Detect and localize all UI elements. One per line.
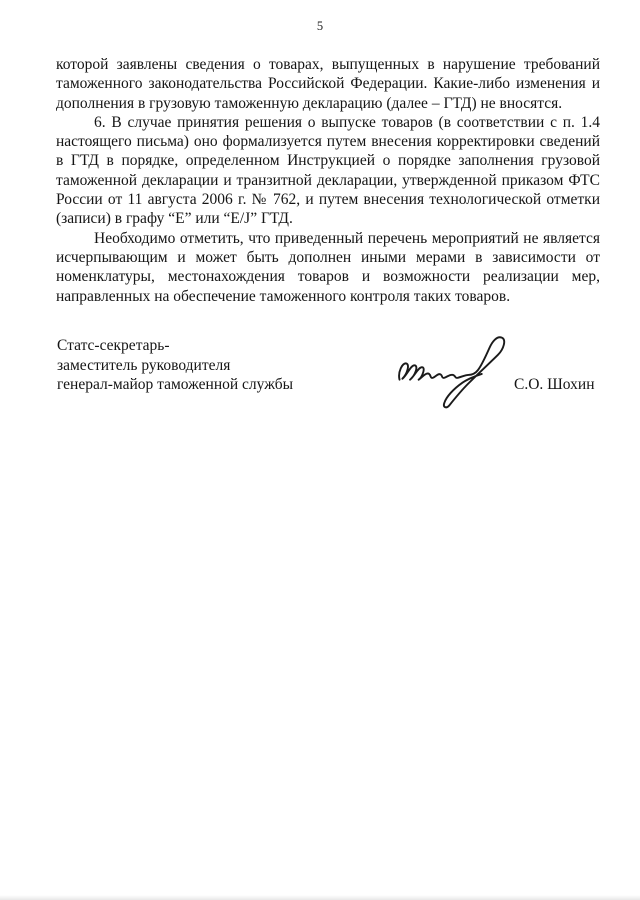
handwritten-signature-icon xyxy=(390,330,518,416)
signer-title-block: Статс-секретарь- заместитель руководител… xyxy=(57,336,377,395)
paragraph-item-6: 6. В случае принятия решения о выпуске т… xyxy=(56,113,600,229)
page-edge-shadow xyxy=(0,895,640,900)
document-page: 5 которой заявлены сведения о товарах, в… xyxy=(0,0,640,900)
page-number: 5 xyxy=(0,19,640,34)
signer-title-line-1: Статс-секретарь- xyxy=(57,336,377,356)
document-body: которой заявлены сведения о товарах, вып… xyxy=(56,55,600,306)
paragraph-note: Необходимо отметить, что приведенный пер… xyxy=(56,229,600,306)
signer-name: С.О. Шохин xyxy=(514,376,595,394)
signer-title-line-2: заместитель руководителя xyxy=(57,356,377,376)
signer-title-line-3: генерал-майор таможенной службы xyxy=(57,375,377,395)
paragraph-continued: которой заявлены сведения о товарах, вып… xyxy=(56,55,600,113)
